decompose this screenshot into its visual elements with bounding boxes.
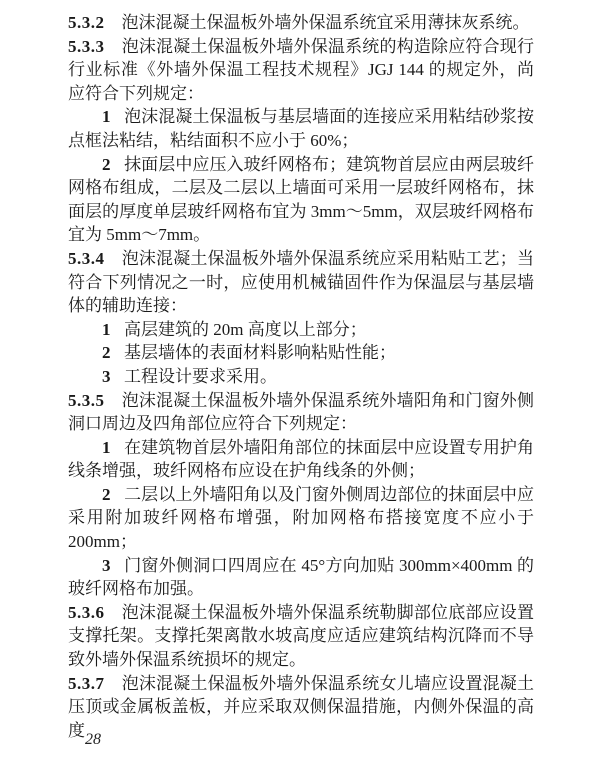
clause-number: 5.3.2: [68, 13, 105, 32]
page-number: 28: [85, 731, 101, 748]
clause-number: 5.3.3: [68, 37, 105, 56]
item-paragraph: 1泡沫混凝土保温板与基层墙面的连接应采用粘结砂浆按点框法粘结，粘结面积不应小于 …: [68, 105, 534, 152]
clause-paragraph: 5.3.6泡沫混凝土保温板外墙外保温系统勒脚部位底部应设置支撑托架。支撑托架离散…: [68, 601, 534, 672]
clause-number: 5.3.7: [68, 674, 105, 693]
item-paragraph: 2抹面层中应压入玻纤网格布；建筑物首层应由两层玻纤网格布组成，二层及二层以上墙面…: [68, 153, 534, 247]
paragraph-text: 泡沫混凝土保温板与基层墙面的连接应采用粘结砂浆按点框法粘结，粘结面积不应小于 6…: [68, 107, 534, 150]
paragraph-text: 泡沫混凝土保温板外墙外保温系统宜采用薄抹灰系统。: [122, 13, 530, 32]
item-paragraph: 3门窗外侧洞口四周应在 45°方向加贴 300mm×400mm 的玻纤网格布加强…: [68, 554, 534, 601]
paragraph-text: 高层建筑的 20m 高度以上部分；: [124, 320, 367, 339]
item-paragraph: 1在建筑物首层外墙阳角部位的抹面层中应设置专用护角线条增强，玻纤网格布应设在护角…: [68, 436, 534, 483]
item-number: 1: [102, 438, 111, 457]
paragraph-text: 基层墙体的表面材料影响粘贴性能；: [124, 343, 396, 362]
paragraph-text: 泡沫混凝土保温板外墙外保温系统勒脚部位底部应设置支撑托架。支撑托架离散水坡高度应…: [68, 603, 534, 669]
item-number: 3: [102, 367, 111, 386]
item-paragraph: 1高层建筑的 20m 高度以上部分；: [68, 318, 534, 342]
clause-paragraph: 5.3.7泡沫混凝土保温板外墙外保温系统女儿墙应设置混凝土压顶或金属板盖板，并应…: [68, 672, 534, 743]
page-footer: 28: [85, 731, 101, 749]
paragraph-text: 泡沫混凝土保温板外墙外保温系统的构造除应符合现行行业标准《外墙外保温工程技术规程…: [68, 37, 534, 103]
item-number: 1: [102, 107, 111, 126]
item-number: 2: [102, 343, 111, 362]
item-number: 3: [102, 556, 111, 575]
paragraph-text: 工程设计要求采用。: [124, 367, 277, 386]
item-number: 2: [102, 155, 111, 174]
clause-number: 5.3.5: [68, 391, 105, 410]
document-page: 5.3.2泡沫混凝土保温板外墙外保温系统宜采用薄抹灰系统。5.3.3泡沫混凝土保…: [0, 0, 600, 767]
paragraph-text: 泡沫混凝土保温板外墙外保温系统应采用粘贴工艺；当符合下列情况之一时，应使用机械锚…: [68, 249, 534, 315]
item-number: 1: [102, 320, 111, 339]
item-paragraph: 2基层墙体的表面材料影响粘贴性能；: [68, 341, 534, 365]
clause-number: 5.3.6: [68, 603, 105, 622]
item-paragraph: 2二层以上外墙阳角以及门窗外侧周边部位的抹面层中应采用附加玻纤网格布增强，附加网…: [68, 483, 534, 554]
paragraph-text: 抹面层中应压入玻纤网格布；建筑物首层应由两层玻纤网格布组成，二层及二层以上墙面可…: [68, 155, 534, 245]
clause-number: 5.3.4: [68, 249, 105, 268]
paragraph-text: 门窗外侧洞口四周应在 45°方向加贴 300mm×400mm 的玻纤网格布加强。: [68, 556, 534, 599]
document-body: 5.3.2泡沫混凝土保温板外墙外保温系统宜采用薄抹灰系统。5.3.3泡沫混凝土保…: [68, 11, 534, 742]
item-number: 2: [102, 485, 111, 504]
clause-paragraph: 5.3.3泡沫混凝土保温板外墙外保温系统的构造除应符合现行行业标准《外墙外保温工…: [68, 35, 534, 106]
clause-paragraph: 5.3.2泡沫混凝土保温板外墙外保温系统宜采用薄抹灰系统。: [68, 11, 534, 35]
paragraph-text: 泡沫混凝土保温板外墙外保温系统女儿墙应设置混凝土压顶或金属板盖板，并应采取双侧保…: [68, 674, 534, 740]
item-paragraph: 3工程设计要求采用。: [68, 365, 534, 389]
clause-paragraph: 5.3.4泡沫混凝土保温板外墙外保温系统应采用粘贴工艺；当符合下列情况之一时，应…: [68, 247, 534, 318]
clause-paragraph: 5.3.5泡沫混凝土保温板外墙外保温系统外墙阳角和门窗外侧洞口周边及四角部位应符…: [68, 389, 534, 436]
paragraph-text: 二层以上外墙阳角以及门窗外侧周边部位的抹面层中应采用附加玻纤网格布增强，附加网格…: [68, 485, 534, 551]
paragraph-text: 在建筑物首层外墙阳角部位的抹面层中应设置专用护角线条增强，玻纤网格布应设在护角线…: [68, 438, 534, 481]
paragraph-text: 泡沫混凝土保温板外墙外保温系统外墙阳角和门窗外侧洞口周边及四角部位应符合下列规定…: [68, 391, 534, 434]
